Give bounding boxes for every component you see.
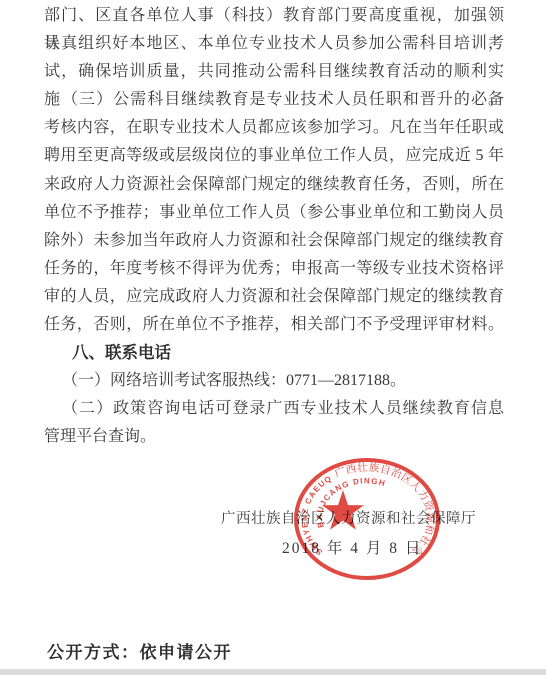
body-line: 除外）未参加当年政府人力资源和社会保障部门规定的继续教育 [44, 227, 504, 255]
body-line: 聘用至更高等级或层级岗位的事业单位工作人员，应完成近 5 年 [44, 142, 504, 170]
body-line: 认真组织好本地区、本单位专业技术人员参加公需科目培训考 [44, 30, 504, 58]
page-bottom-edge [0, 669, 546, 675]
body-line: （三）公需科目继续教育是专业技术人员任职和晋升的必备 [44, 86, 504, 114]
hotline-line: （一）网络培训考试客服热线：0771—2817188。 [44, 367, 504, 395]
body-line: 单位不予推荐；事业单位工作人员（参公事业单位和工勤岗人员 [44, 199, 504, 227]
body-line: 试，确保培训质量，共同推动公需科目继续教育活动的顺利实施。 [44, 58, 504, 86]
disclosure-method: 公开方式：依申请公开 [47, 638, 232, 663]
body-line: 来政府人力资源社会保障部门规定的继续教育任务，否则，所在 [44, 171, 504, 199]
document-page: 部门、区直各单位人事（科技）教育部门要高度重视，加强领导， 认真组织好本地区、本… [0, 0, 546, 675]
section-heading: 八、联系电话 [44, 339, 504, 367]
body-line: 考核内容，在职专业技术人员都应该参加学习。凡在当年任职或 [44, 114, 504, 142]
body-line: 管理平台查询。 [44, 423, 504, 451]
body-line: 审的人员，应完成政府人力资源和社会保障部门规定的继续教育 [44, 283, 504, 311]
body-line: 部门、区直各单位人事（科技）教育部门要高度重视，加强领导， [44, 2, 504, 30]
official-seal: SWHYENZ CAEUQ广西壮族自治区人力资源和社会保障厅 BAUJCANG … [285, 448, 455, 593]
body-line: （二）政策咨询电话可登录广西专业技术人员继续教育信息 [44, 395, 504, 423]
body-line: 任务，否则，所在单位不予推荐，相关部门不予受理评审材料。 [44, 311, 504, 339]
seal-outer-text: SWHYENZ CAEUQ广西壮族自治区人力资源和社会保障厅 [285, 448, 437, 559]
body-line: 任务的，年度考核不得评为优秀；申报高一等级专业技术资格评 [44, 255, 504, 283]
